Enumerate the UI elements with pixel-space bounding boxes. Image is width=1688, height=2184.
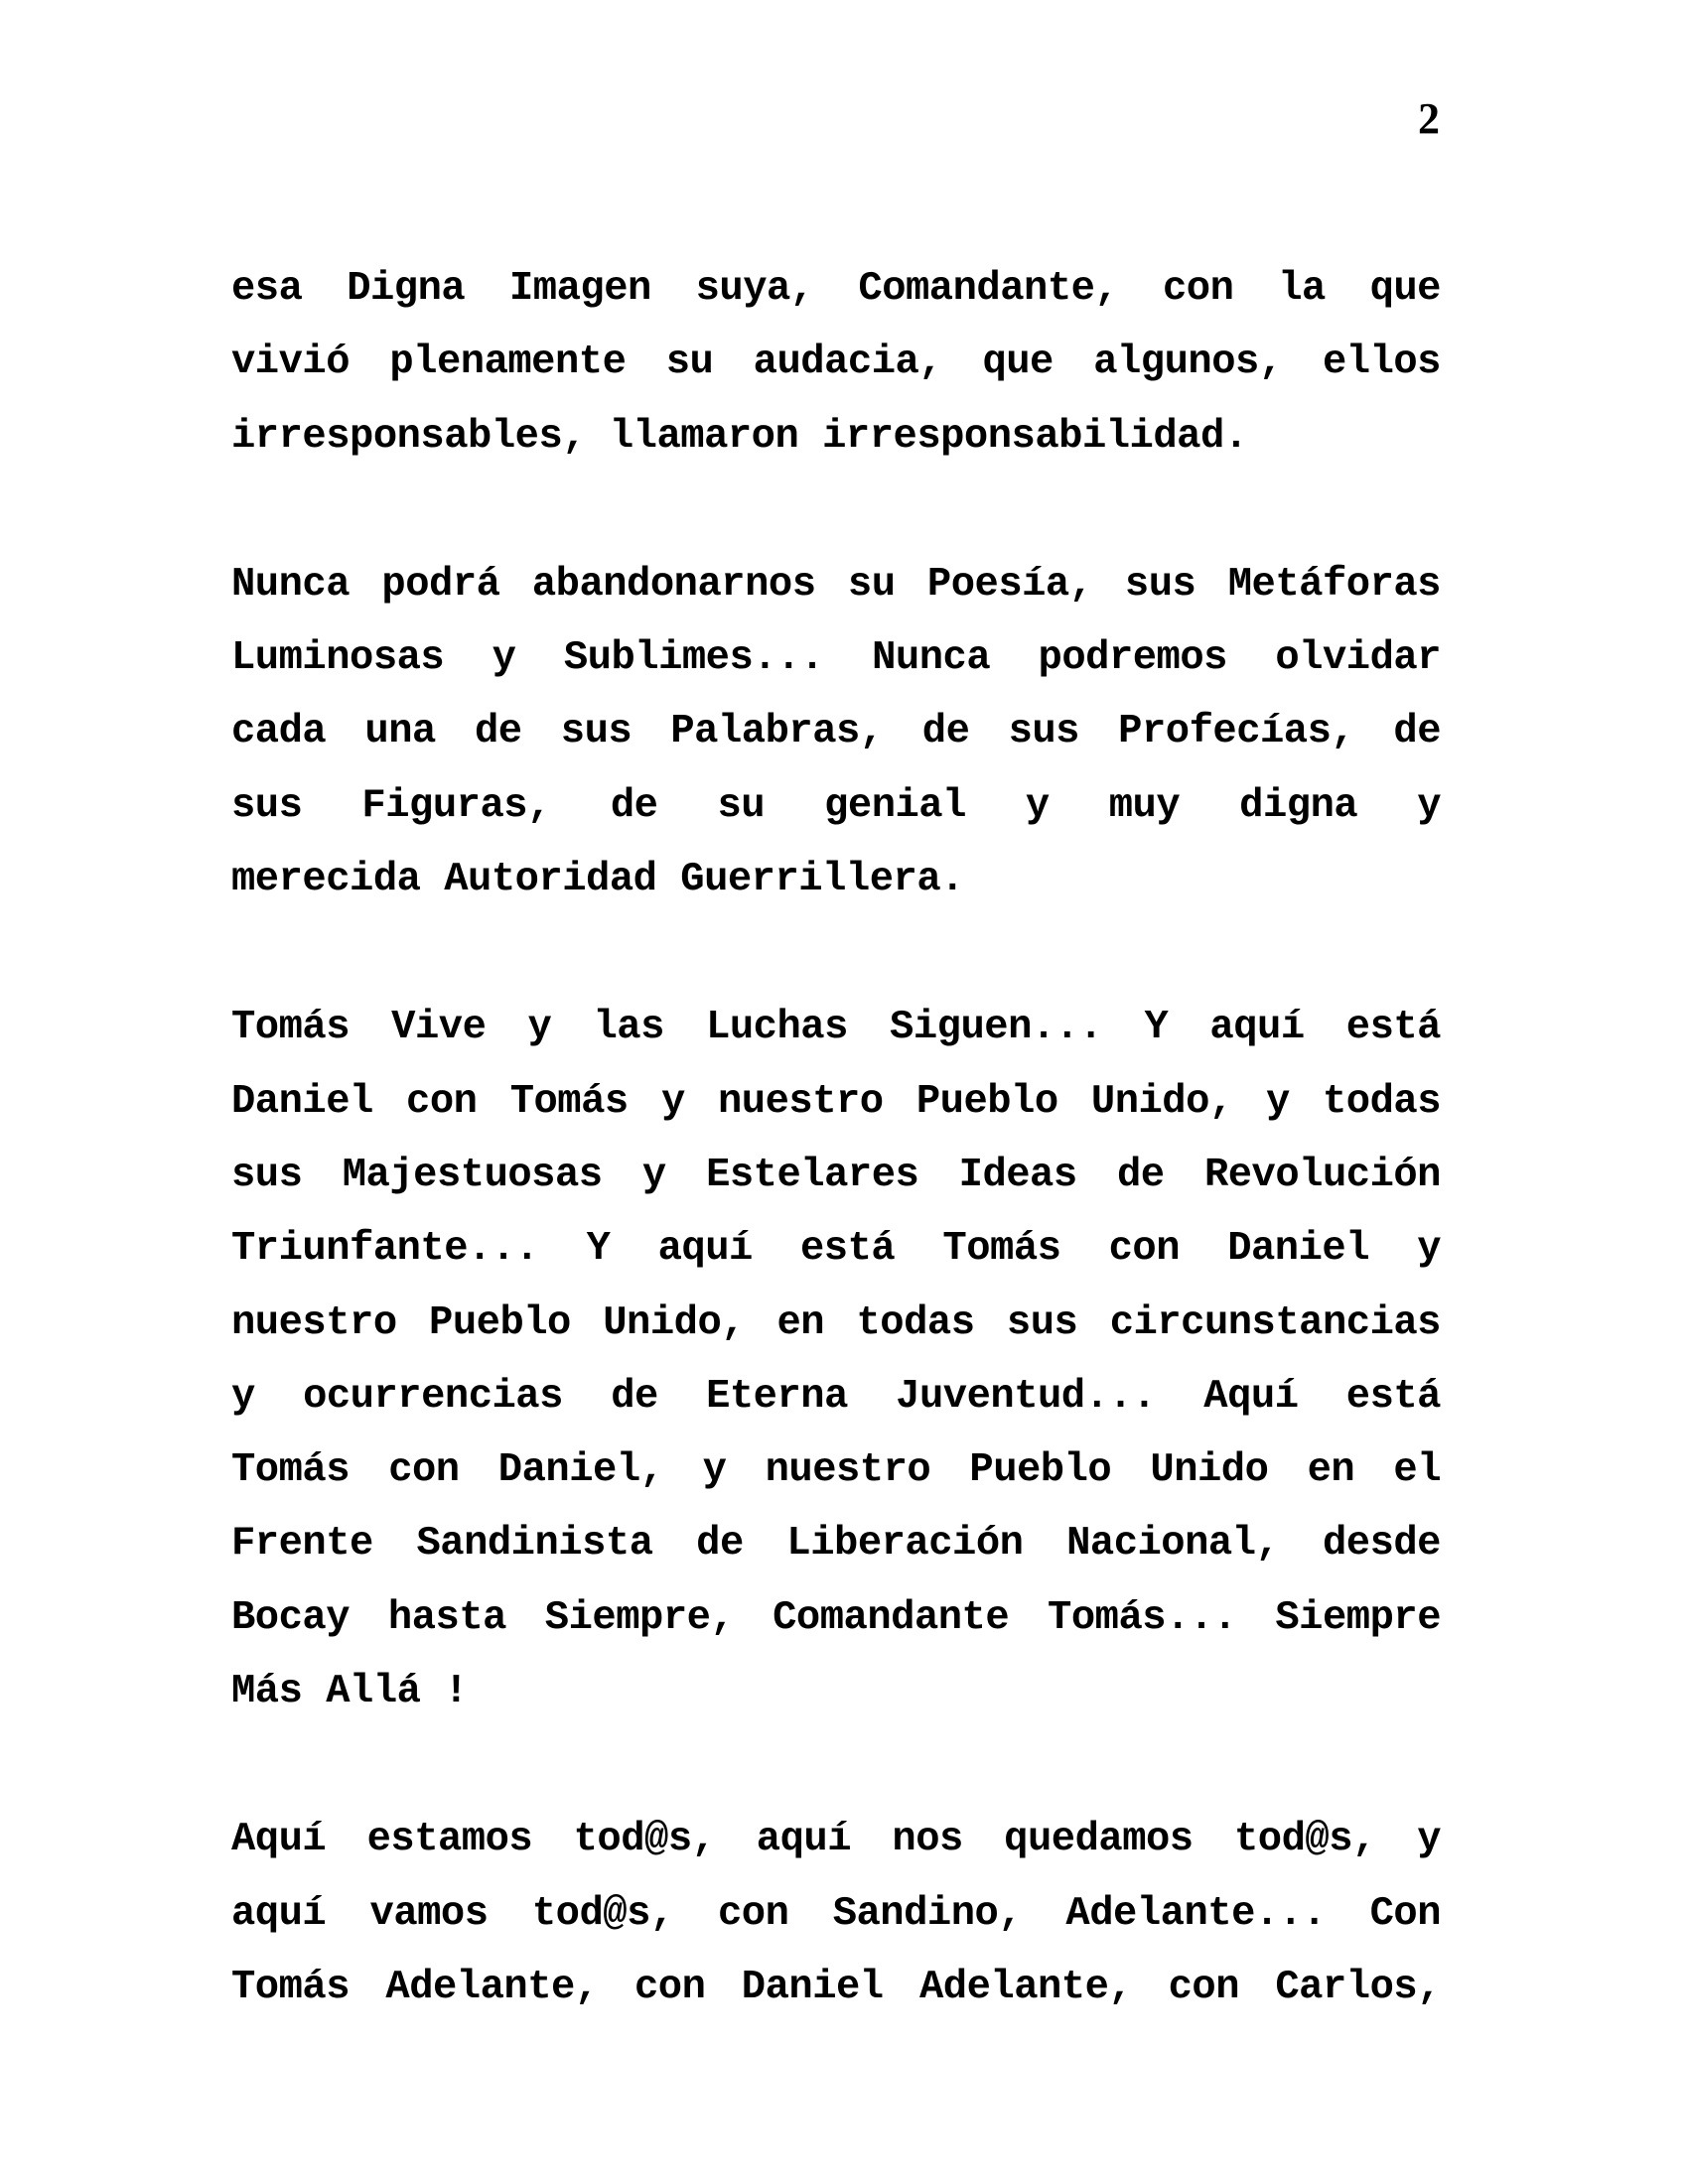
text-line: esa Digna Imagen suya, Comandante, con l… (231, 252, 1441, 326)
text-line: vivió plenamente su audacia, que algunos… (231, 326, 1441, 399)
text-line: Daniel con Tomás y nuestro Pueblo Unido,… (231, 1065, 1441, 1139)
text-line: aquí vamos tod@s, con Sandino, Adelante.… (231, 1877, 1441, 1951)
text-line: Tomás con Daniel, y nuestro Pueblo Unido… (231, 1433, 1441, 1507)
text-line: sus Figuras, de su genial y muy digna y (231, 769, 1441, 843)
text-line: merecida Autoridad Guerrillera. (231, 843, 1441, 916)
text-line: nuestro Pueblo Unido, en todas sus circu… (231, 1287, 1441, 1360)
text-line: Nunca podrá abandonarnos su Poesía, sus … (231, 548, 1441, 621)
text-line: Más Allá ! (231, 1655, 1441, 1728)
paragraph-1: esa Digna Imagen suya, Comandante, con l… (231, 252, 1441, 474)
text-line: Luminosas y Sublimes... Nunca podremos o… (231, 621, 1441, 695)
text-line: Frente Sandinista de Liberación Nacional… (231, 1507, 1441, 1580)
text-line: Aquí estamos tod@s, aquí nos quedamos to… (231, 1803, 1441, 1876)
document-body: esa Digna Imagen suya, Comandante, con l… (231, 252, 1441, 2099)
text-line: Tomás Vive y las Luchas Siguen... Y aquí… (231, 991, 1441, 1064)
text-line: irresponsables, llamaron irresponsabilid… (231, 400, 1441, 474)
text-line: sus Majestuosas y Estelares Ideas de Rev… (231, 1139, 1441, 1212)
paragraph-3: Tomás Vive y las Luchas Siguen... Y aquí… (231, 991, 1441, 1728)
text-line: Triunfante... Y aquí está Tomás con Dani… (231, 1212, 1441, 1286)
text-line: Bocay hasta Siempre, Comandante Tomás...… (231, 1581, 1441, 1655)
paragraph-4: Aquí estamos tod@s, aquí nos quedamos to… (231, 1803, 1441, 2024)
text-line: y ocurrencias de Eterna Juventud... Aquí… (231, 1360, 1441, 1433)
text-line: Tomás Adelante, con Daniel Adelante, con… (231, 1951, 1441, 2024)
page-number: 2 (1418, 97, 1440, 141)
text-line: cada una de sus Palabras, de sus Profecí… (231, 695, 1441, 768)
paragraph-2: Nunca podrá abandonarnos su Poesía, sus … (231, 548, 1441, 916)
